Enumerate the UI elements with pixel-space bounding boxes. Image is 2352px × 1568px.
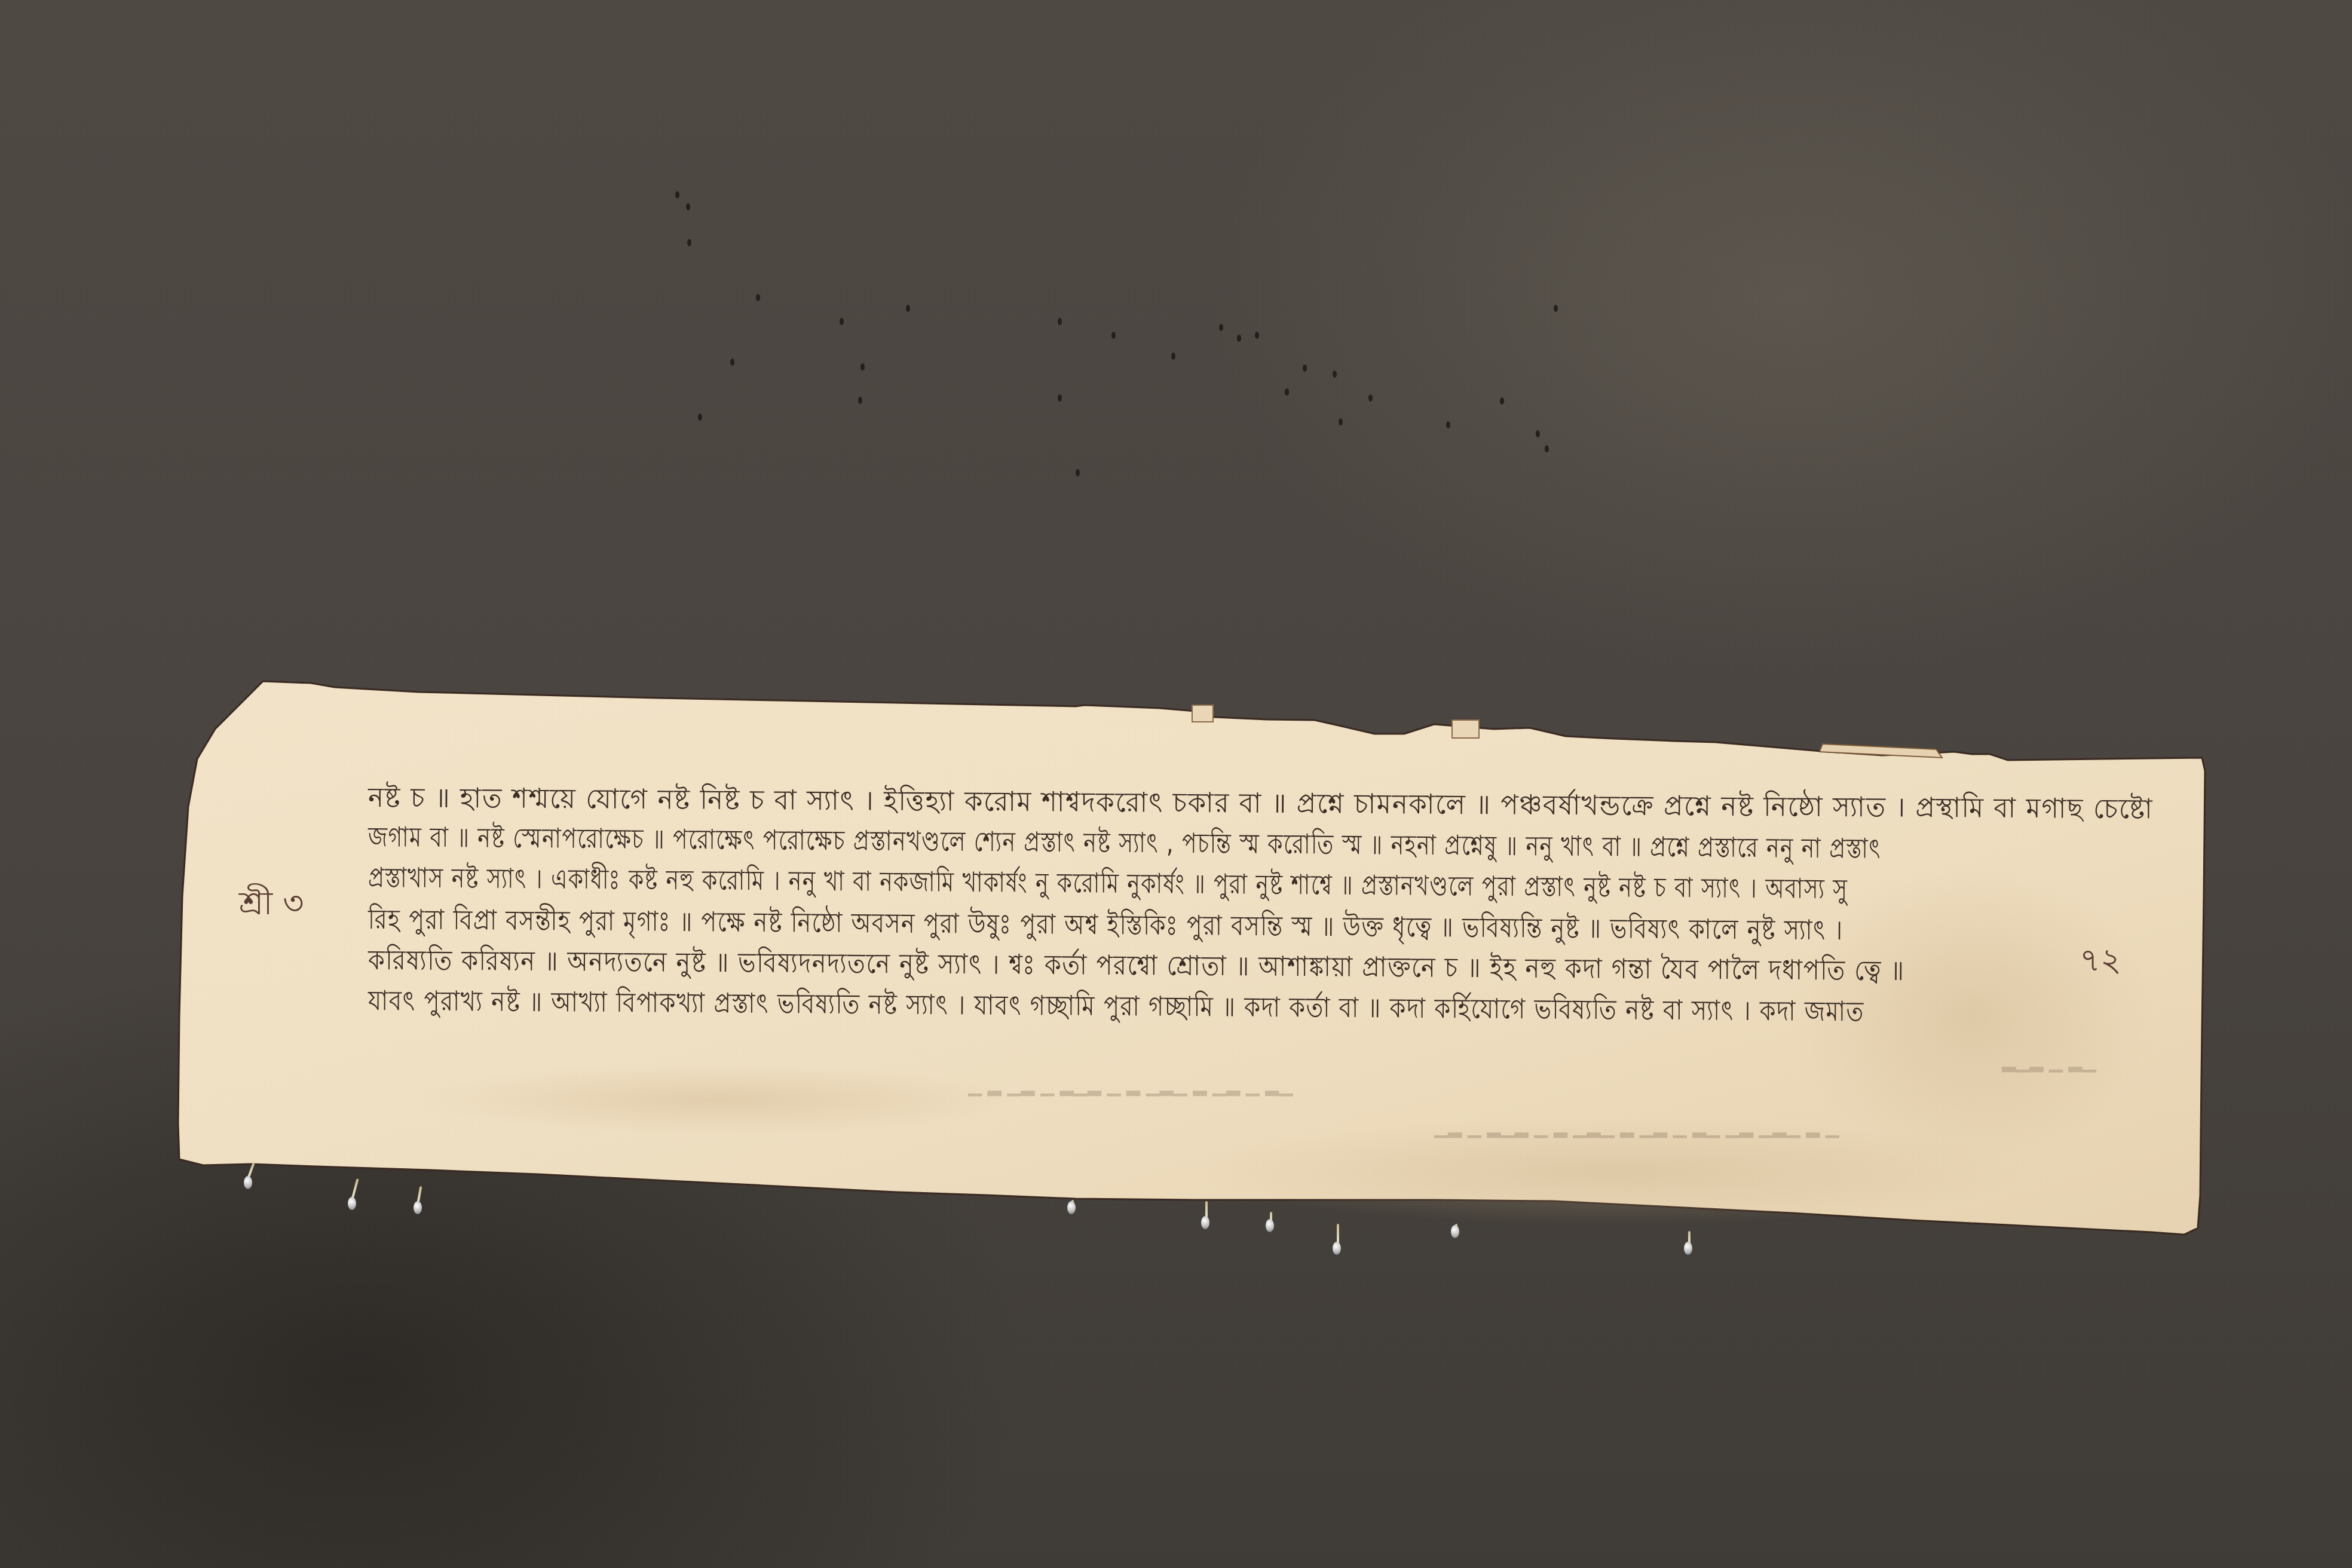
left-margin-folio-number: শ্রী ৩ (239, 878, 304, 932)
bleed-through-text: ▂▁▂ ▁ ▂▁ (2002, 1052, 2096, 1073)
bleed-through-text: ▁▂ ▁ ▂▁▂ ▁ ▂ ▁▂▁ ▂ ▁▂ ▁ ▂▁ ▁▂ ▁▂▁ ▂ ▁ (1434, 1117, 1839, 1138)
bleed-through-text: ▁ ▂ ▁▂ ▁ ▂▁▂ ▁ ▂ ▁▂▁ ▂ ▁▂ ▁ ▂▁ (968, 1076, 1293, 1097)
right-margin-folio-number: ৭২ (2080, 935, 2121, 989)
